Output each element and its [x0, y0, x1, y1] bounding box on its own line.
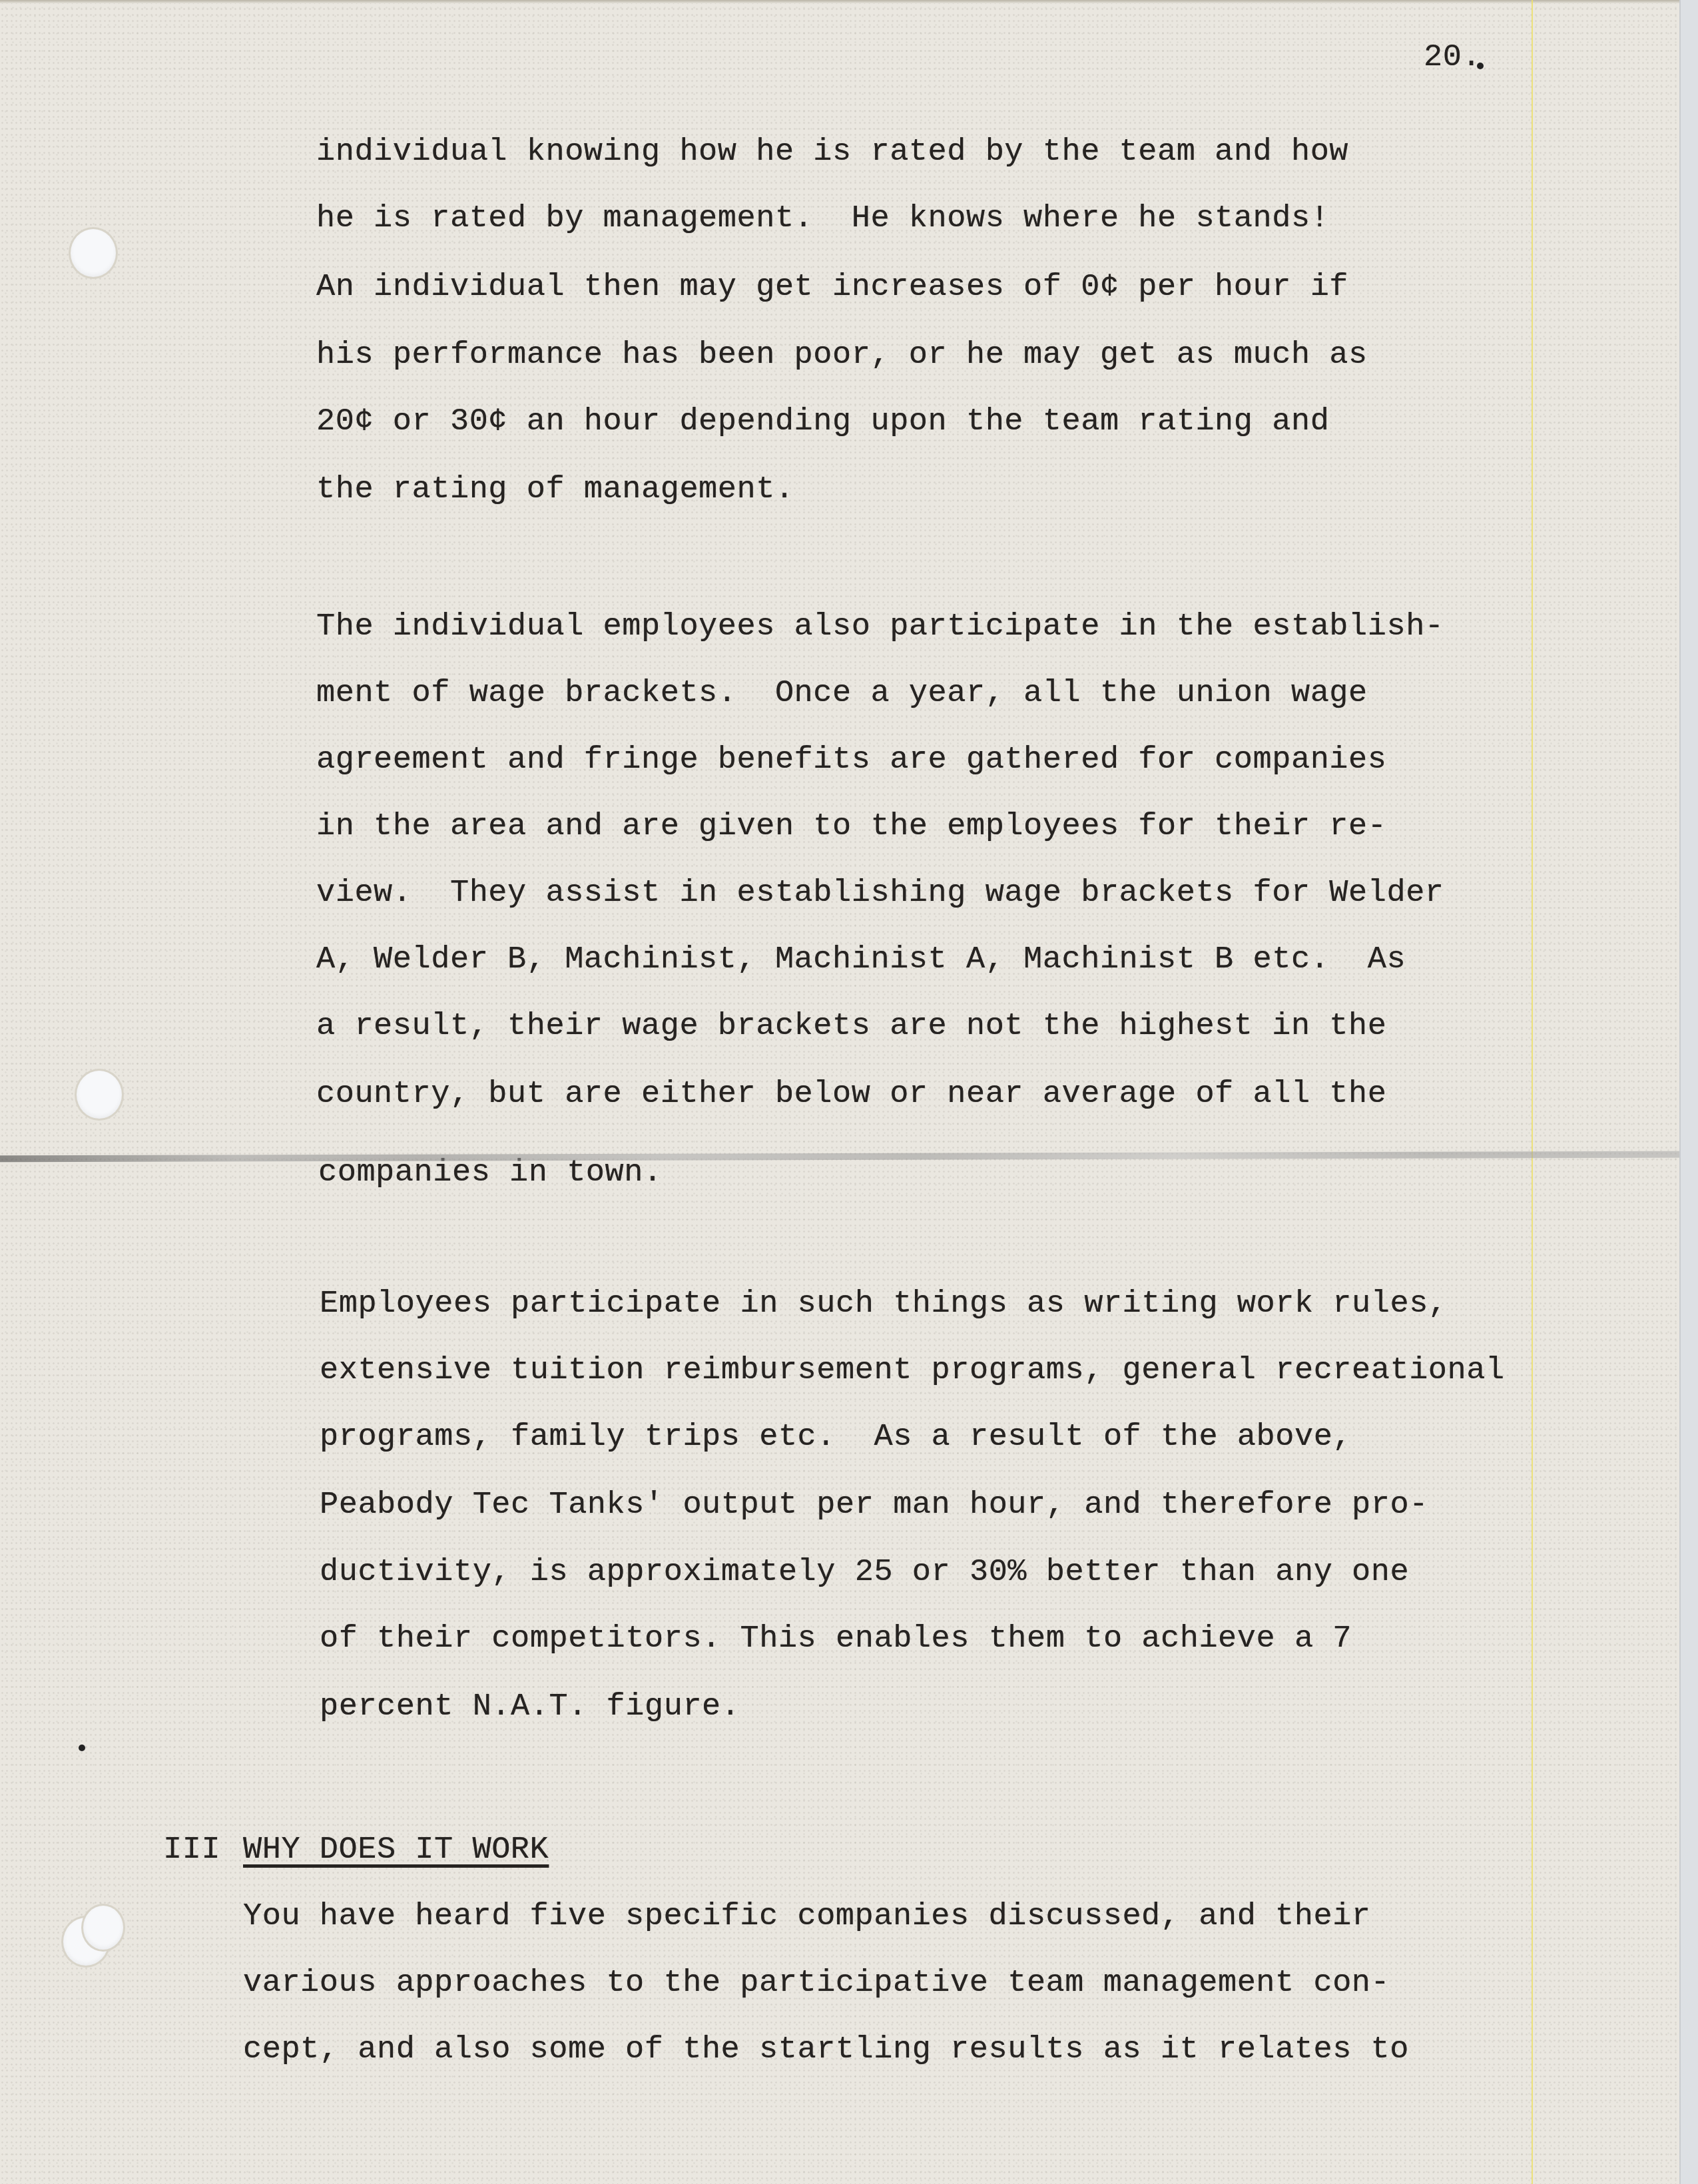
text-line: a result, their wage brackets are not th…: [316, 1011, 1386, 1042]
text-line: individual knowing how he is rated by th…: [316, 136, 1348, 168]
text-line: his performance has been poor, or he may…: [316, 340, 1368, 371]
text-line: companies in town.: [318, 1157, 663, 1189]
text-line: The individual employees also participat…: [316, 611, 1444, 643]
text-line: Peabody Tec Tanks' output per man hour, …: [320, 1490, 1428, 1521]
text-line: Employees participate in such things as …: [320, 1288, 1448, 1320]
section-number: III: [163, 1832, 220, 1868]
text-line: programs, family trips etc. As a result …: [320, 1422, 1352, 1453]
text-line: the rating of management.: [316, 474, 794, 505]
text-line: extensive tuition reimbursement programs…: [320, 1355, 1505, 1386]
text-line: ductivity, is approximately 25 or 30% be…: [320, 1557, 1409, 1588]
text-line: ment of wage brackets. Once a year, all …: [316, 678, 1368, 709]
text-line: An individual then may get increases of …: [316, 272, 1348, 303]
text-line: 20¢ or 30¢ an hour depending upon the te…: [316, 406, 1329, 437]
text-line: cept, and also some of the startling res…: [243, 2034, 1409, 2065]
text-line: in the area and are given to the employe…: [316, 811, 1386, 842]
text-line: country, but are either below or near av…: [316, 1079, 1386, 1110]
ink-speck: [79, 1745, 85, 1751]
margin-rule-line: [1532, 0, 1533, 2184]
page-right-edge: [1679, 0, 1698, 2184]
text-line: view. They assist in establishing wage b…: [316, 878, 1444, 909]
section-heading: WHY DOES IT WORK: [243, 1832, 549, 1868]
text-line: various approaches to the participative …: [243, 1968, 1390, 1999]
text-line: agreement and fringe benefits are gather…: [316, 744, 1386, 776]
page-number: 20.: [1424, 40, 1481, 75]
binder-hole-top: [71, 229, 116, 277]
page-top-edge: [0, 0, 1679, 3]
text-line: of their competitors. This enables them …: [320, 1623, 1352, 1655]
text-line: he is rated by management. He knows wher…: [316, 203, 1329, 234]
binder-hole-middle: [77, 1071, 122, 1119]
text-line: You have heard five specific companies d…: [243, 1901, 1371, 1932]
text-line: A, Welder B, Machinist, Machinist A, Mac…: [316, 944, 1406, 975]
binder-hole-bottom-overlap: [83, 1906, 123, 1950]
text-line: percent N.A.T. figure.: [320, 1691, 740, 1723]
